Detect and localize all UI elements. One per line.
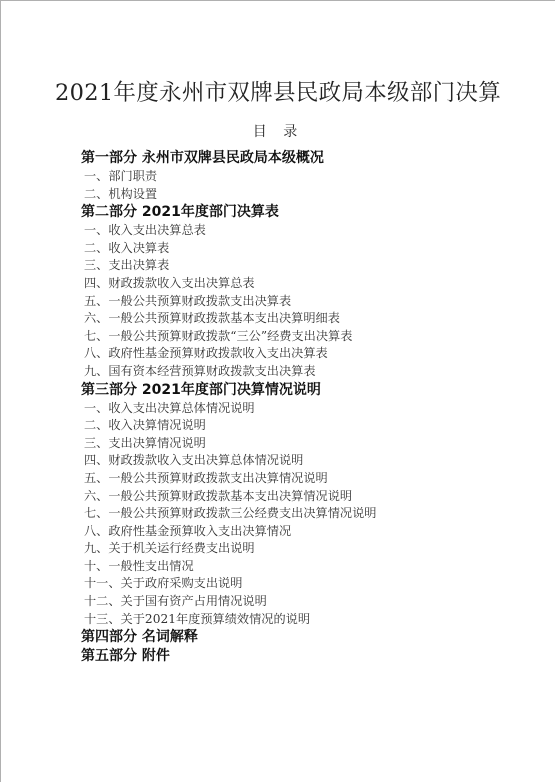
toc-item[interactable]: 一、收入支出决算总体情况说明 xyxy=(81,400,521,418)
toc-item[interactable]: 四、财政拨款收入支出决算总体情况说明 xyxy=(81,452,521,470)
toc-item[interactable]: 九、关于机关运行经费支出说明 xyxy=(81,540,521,558)
toc-item[interactable]: 八、政府性基金预算收入支出决算情况 xyxy=(81,523,521,541)
toc-item[interactable]: 七、一般公共预算财政拨款三公经费支出决算情况说明 xyxy=(81,505,521,523)
toc-item[interactable]: 六、一般公共预算财政拨款基本支出决算明细表 xyxy=(81,310,521,328)
toc-item[interactable]: 五、一般公共预算财政拨款支出决算情况说明 xyxy=(81,470,521,488)
toc-item[interactable]: 八、政府性基金预算财政拨款收入支出决算表 xyxy=(81,345,521,363)
toc-item[interactable]: 十一、关于政府采购支出说明 xyxy=(81,575,521,593)
toc-part-1[interactable]: 第一部分 永州市双牌县民政局本级概况 xyxy=(81,149,521,168)
toc-item[interactable]: 五、一般公共预算财政拨款支出决算表 xyxy=(81,293,521,311)
toc-part-3[interactable]: 第三部分 2021年度部门决算情况说明 xyxy=(81,381,521,400)
toc-item[interactable]: 七、一般公共预算财政拨款“三公”经费支出决算表 xyxy=(81,328,521,346)
toc-item[interactable]: 四、财政拨款收入支出决算总表 xyxy=(81,275,521,293)
toc-item[interactable]: 一、部门职责 xyxy=(81,168,521,186)
toc-item[interactable]: 三、支出决算表 xyxy=(81,257,521,275)
toc-item[interactable]: 二、收入决算表 xyxy=(81,240,521,258)
toc-item[interactable]: 三、支出决算情况说明 xyxy=(81,435,521,453)
toc-item[interactable]: 二、机构设置 xyxy=(81,186,521,204)
document-title: 2021年度永州市双牌县民政局本级部门决算 xyxy=(1,75,555,107)
toc-item[interactable]: 十三、关于2021年度预算绩效情况的说明 xyxy=(81,611,521,629)
table-of-contents: 第一部分 永州市双牌县民政局本级概况 一、部门职责 二、机构设置 第二部分 20… xyxy=(81,149,521,666)
toc-heading: 目 录 xyxy=(1,121,555,141)
toc-item[interactable]: 二、收入决算情况说明 xyxy=(81,417,521,435)
toc-item[interactable]: 一、收入支出决算总表 xyxy=(81,222,521,240)
toc-part-2[interactable]: 第二部分 2021年度部门决算表 xyxy=(81,203,521,222)
toc-item[interactable]: 九、国有资本经营预算财政拨款支出决算表 xyxy=(81,363,521,381)
toc-part-5[interactable]: 第五部分 附件 xyxy=(81,647,521,666)
toc-item[interactable]: 十、一般性支出情况 xyxy=(81,558,521,576)
toc-item[interactable]: 六、一般公共预算财政拨款基本支出决算情况说明 xyxy=(81,488,521,506)
toc-part-4[interactable]: 第四部分 名词解释 xyxy=(81,628,521,647)
document-page: 2021年度永州市双牌县民政局本级部门决算 目 录 第一部分 永州市双牌县民政局… xyxy=(0,0,555,782)
toc-item[interactable]: 十二、关于国有资产占用情况说明 xyxy=(81,593,521,611)
